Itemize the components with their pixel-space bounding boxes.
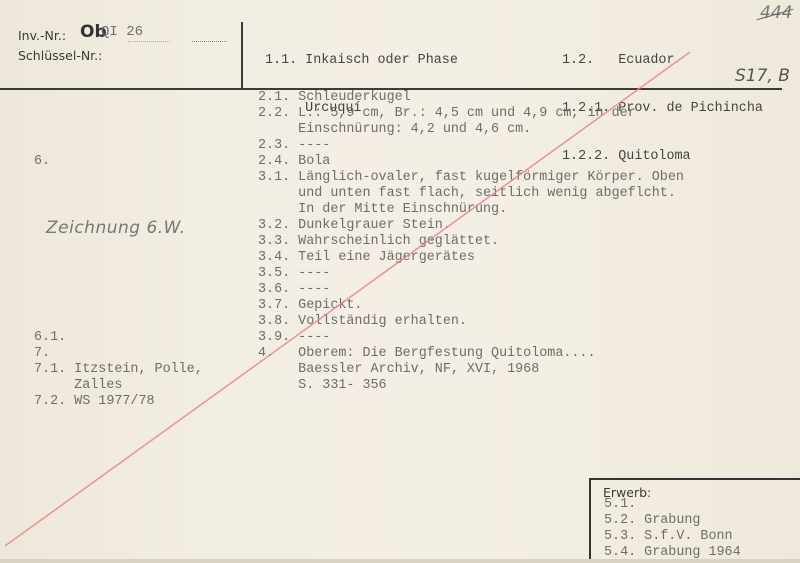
left-lower-entries: 6.1.7.7.1. Itzstein, Polle, Zalles7.2. W… <box>34 330 203 410</box>
dotted-rule <box>128 41 170 42</box>
inventory-number-label: Inv.-Nr.: <box>18 28 66 43</box>
header-divider-vertical <box>241 22 243 88</box>
entry-line: 3.7. Gepickt. <box>258 298 684 314</box>
period-line: 1.1. Inkaisch oder Phase <box>265 53 458 69</box>
left-entry-line: 7.1. Itzstein, Polle, <box>34 362 203 378</box>
entry-line: Einschnürung: 4,2 und 4,6 cm. <box>258 122 684 138</box>
left-entry-line: 7.2. WS 1977/78 <box>34 394 203 410</box>
entry-line: 4. Oberem: Die Bergfestung Quitoloma.... <box>258 346 684 362</box>
index-card: Inv.-Nr.: Ob QI 26 Schlüssel-Nr.: 1.1. I… <box>0 0 800 563</box>
dotted-rule <box>192 41 227 42</box>
entry-line: 3.1. Länglich-ovaler, fast kugelförmiger… <box>258 170 684 186</box>
inventory-number-value: QI 26 <box>101 24 143 40</box>
acquisition-entries: 5.1.5.2. Grabung5.3. S.f.V. Bonn5.4. Gra… <box>604 497 741 561</box>
entry-line: 3.6. ---- <box>258 282 684 298</box>
entry-line: 2.1. Schleuderkugel <box>258 90 684 106</box>
entry-line: 2.4. Bola <box>258 154 684 170</box>
entry-line: 3.5. ---- <box>258 266 684 282</box>
entry-line: 3.4. Teil eine Jägergerätes <box>258 250 684 266</box>
section-6-label: 6. <box>34 154 50 170</box>
handwritten-drawing-note: Zeichnung 6.W. <box>46 218 186 238</box>
struck-handwritten-number: 444 <box>760 3 792 23</box>
location-country: 1.2. Ecuador <box>562 53 763 69</box>
entry-line: 3.2. Dunkelgrauer Stein. <box>258 218 684 234</box>
acquisition-item: 5.3. S.f.V. Bonn <box>604 529 741 545</box>
left-entry-line: 6.1. <box>34 330 203 346</box>
entry-line: S. 331- 356 <box>258 378 684 394</box>
left-entry-line: Zalles <box>34 378 203 394</box>
left-entry-line: 7. <box>34 346 203 362</box>
entry-line: In der Mitte Einschnürung. <box>258 202 684 218</box>
entry-line: 3.8. Vollständig erhalten. <box>258 314 684 330</box>
entry-line: 2.3. ---- <box>258 138 684 154</box>
acquisition-item: 5.1. <box>604 497 741 513</box>
description-entries: 2.1. Schleuderkugel2.2. L.: 5,9 cm, Br.:… <box>258 90 684 394</box>
key-number-label: Schlüssel-Nr.: <box>18 48 102 63</box>
entry-line: Baessler Archiv, NF, XVI, 1968 <box>258 362 684 378</box>
acquisition-item: 5.2. Grabung <box>604 513 741 529</box>
entry-line: 2.2. L.: 5,9 cm, Br.: 4,5 cm und 4,9 cm,… <box>258 106 684 122</box>
entry-line: 3.3. Wahrscheinlich geglättet. <box>258 234 684 250</box>
entry-line: 3.9. ---- <box>258 330 684 346</box>
acquisition-item: 5.4. Grabung 1964 <box>604 545 741 561</box>
handwritten-catalog-note: S17, B <box>735 66 790 86</box>
entry-line: und unten fast flach, seitlich wenig abg… <box>258 186 684 202</box>
